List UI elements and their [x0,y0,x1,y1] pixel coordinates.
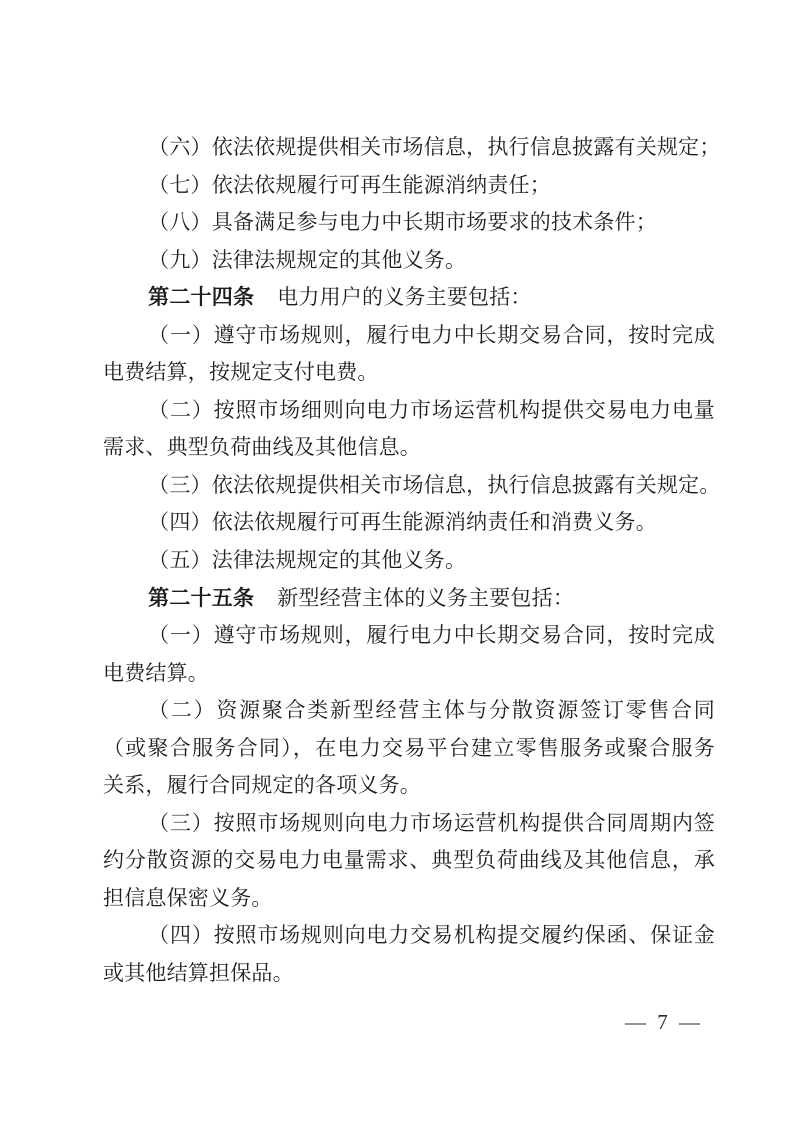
clause-24-3: （三）依法依规提供相关市场信息，执行信息披露有关规定。 [103,467,715,505]
clause-24-1-line-1: （一）遵守市场规则，履行电力中长期交易合同，按时完成 [103,317,715,355]
clause-25-3-line-1: （三）按照市场规则向电力市场运营机构提供合同周期内签 [103,805,715,843]
document-body: （六）依法依规提供相关市场信息，执行信息披露有关规定； （七）依法依规履行可再生… [103,129,715,993]
clause-24-2-line-1: （二）按照市场细则向电力市场运营机构提供交易电力电量 [103,392,715,430]
article-24-title: 电力用户的义务主要包括： [277,285,531,309]
article-24-heading: 第二十四条电力用户的义务主要包括： [103,279,715,317]
article-24-number: 第二十四条 [148,285,254,309]
clause-24-4: （四）依法依规履行可再生能源消纳责任和消费义务。 [103,504,715,542]
article-25-number: 第二十五条 [148,586,254,610]
clause-item-7: （七）依法依规履行可再生能源消纳责任； [103,167,715,205]
clause-25-2-line-1: （二）资源聚合类新型经营主体与分散资源签订零售合同 [103,692,715,730]
article-25-heading: 第二十五条新型经营主体的义务主要包括： [103,580,715,618]
clause-25-4-line-2: 或其他结算担保品。 [103,955,715,993]
clause-25-3-line-3: 担信息保密义务。 [103,880,715,918]
clause-25-4-line-1: （四）按照市场规则向电力交易机构提交履约保函、保证金 [103,917,715,955]
clause-25-2-line-3: 关系，履行合同规定的各项义务。 [103,767,715,805]
clause-item-9: （九）法律法规规定的其他义务。 [103,242,715,280]
clause-24-2-line-2: 需求、典型负荷曲线及其他信息。 [103,429,715,467]
clause-25-3-line-2: 约分散资源的交易电力电量需求、典型负荷曲线及其他信息，承 [103,842,715,880]
page-number: — 7 — [103,1010,703,1035]
document-page: （六）依法依规提供相关市场信息，执行信息披露有关规定； （七）依法依规履行可再生… [0,0,800,1131]
clause-item-6: （六）依法依规提供相关市场信息，执行信息披露有关规定； [103,129,715,167]
clause-25-1-line-2: 电费结算。 [103,655,715,693]
clause-24-1-line-2: 电费结算，按规定支付电费。 [103,354,715,392]
clause-25-2-line-2: （或聚合服务合同），在电力交易平台建立零售服务或聚合服务 [103,730,715,768]
clause-item-8: （八）具备满足参与电力中长期市场要求的技术条件； [103,204,715,242]
article-25-title: 新型经营主体的义务主要包括： [277,586,574,610]
clause-25-1-line-1: （一）遵守市场规则，履行电力中长期交易合同，按时完成 [103,617,715,655]
clause-24-5: （五）法律法规规定的其他义务。 [103,542,715,580]
